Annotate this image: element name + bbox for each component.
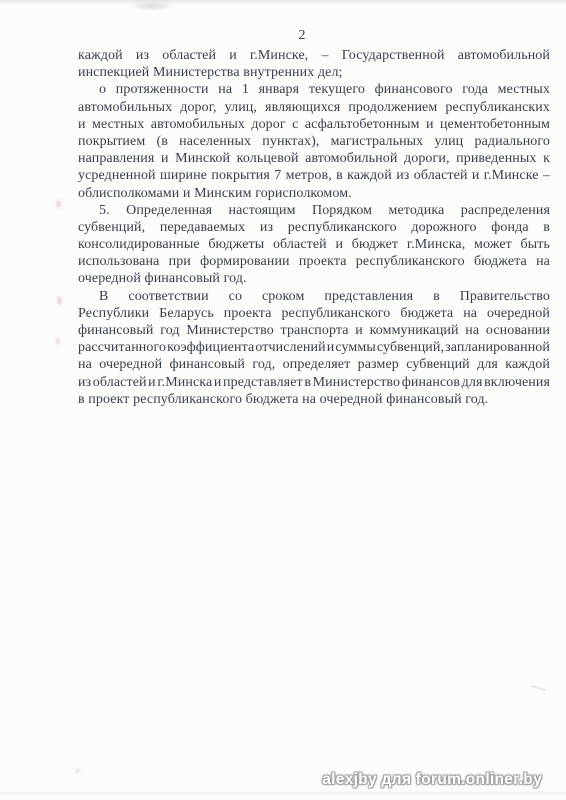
page-number: 2 [78, 28, 526, 44]
text-line: очередной финансовый год. [78, 270, 550, 287]
paragraph: каждой из областей и г.Минске, – Государ… [78, 47, 550, 81]
text-line: рассчитанного коэффициента отчислений и … [78, 339, 550, 356]
text-line: облисполкомами и Минским горисполкомом. [78, 185, 550, 202]
text-line: В соответствии со сроком представления в… [78, 288, 550, 305]
paragraph: 5. Определенная настоящим Порядком метод… [78, 202, 550, 288]
scan-mark [531, 685, 546, 691]
text-line: субвенций, передаваемых из республиканск… [78, 219, 550, 236]
scan-speck [75, 769, 80, 773]
text-line: в проект республиканского бюджета на оче… [78, 391, 550, 408]
scan-smudge [128, 1, 176, 11]
text-line: покрытием (в населенных пунктах), магист… [78, 133, 550, 150]
text-line: использована при формировании проекта ре… [78, 253, 550, 270]
paragraph: В соответствии со сроком представления в… [78, 288, 550, 408]
scan-speck [57, 296, 62, 305]
text-line: усредненной ширине покрытия 7 метров, в … [78, 167, 550, 184]
text-line: консолидированные бюджеты областей и бюд… [78, 236, 550, 253]
text-line: и местных автомобильных дорог с асфальто… [78, 116, 550, 133]
text-line: из областей и г.Минска и представляет в … [78, 374, 550, 391]
scan-speck [56, 338, 60, 345]
scanned-document-page: 2 каждой из областей и г.Минске, – Госуд… [0, 0, 566, 800]
text-line: на очередной финансовый год, определяет … [78, 356, 550, 373]
watermark: alexjby для forum.onliner.by [322, 771, 542, 789]
text-body: каждой из областей и г.Минске, – Государ… [78, 47, 550, 408]
paragraph: о протяженности на 1 января текущего фин… [78, 81, 550, 201]
scan-edge-shadow-bottom [0, 792, 566, 794]
scan-speck [56, 200, 61, 208]
text-line: 5. Определенная настоящим Порядком метод… [78, 202, 550, 219]
text-line: Республики Беларусь проекта республиканс… [78, 305, 550, 322]
text-line: о протяженности на 1 января текущего фин… [78, 81, 550, 98]
text-line: каждой из областей и г.Минске, – Государ… [78, 47, 550, 64]
text-line: финансовый год Министерство транспорта и… [78, 322, 550, 339]
scan-edge-shadow-top [0, 0, 566, 5]
text-line: направления и Минской кольцевой автомоби… [78, 150, 550, 167]
text-line: автомобильных дорог, улиц, являющихся пр… [78, 99, 550, 116]
text-line: инспекцией Министерства внутренних дел; [78, 64, 550, 81]
